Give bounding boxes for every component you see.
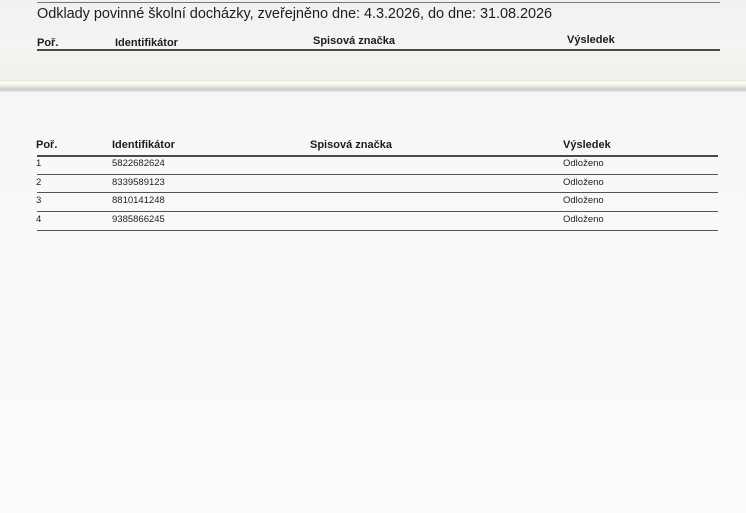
row-divider [37,192,718,193]
row-identifier: 9385866245 [112,214,165,225]
column-header-file-ref: Spisová značka [313,35,395,47]
row-identifier: 5822682624 [112,158,165,169]
row-order: 2 [36,177,41,188]
row-identifier: 8339589123 [112,177,165,188]
row-divider [37,211,718,212]
document-title: Odklady povinné školní docházky, zveřejn… [37,6,552,22]
row-result: Odloženo [563,158,604,169]
column-header-identifier: Identifikátor [115,37,178,49]
header-divider [37,155,718,157]
top-divider [37,2,720,3]
column-header-file-ref: Spisová značka [310,139,392,151]
header-divider [37,49,720,51]
row-divider [37,230,718,231]
column-header-order: Poř. [37,37,58,49]
row-result: Odloženo [563,214,604,225]
column-header-result: Výsledek [567,34,615,46]
page-break [0,80,746,92]
row-order: 4 [36,214,41,225]
row-order: 1 [36,158,41,169]
row-result: Odloženo [563,195,604,206]
page-bottom-section: Poř. Identifikátor Spisová značka Výsled… [0,92,746,513]
page-top-section: Odklady povinné školní docházky, zveřejn… [0,0,746,80]
row-identifier: 8810141248 [112,195,165,206]
row-order: 3 [36,195,41,206]
row-divider [37,174,718,175]
column-header-order: Poř. [36,139,57,151]
column-header-result: Výsledek [563,139,611,151]
column-header-identifier: Identifikátor [112,139,175,151]
row-result: Odloženo [563,177,604,188]
